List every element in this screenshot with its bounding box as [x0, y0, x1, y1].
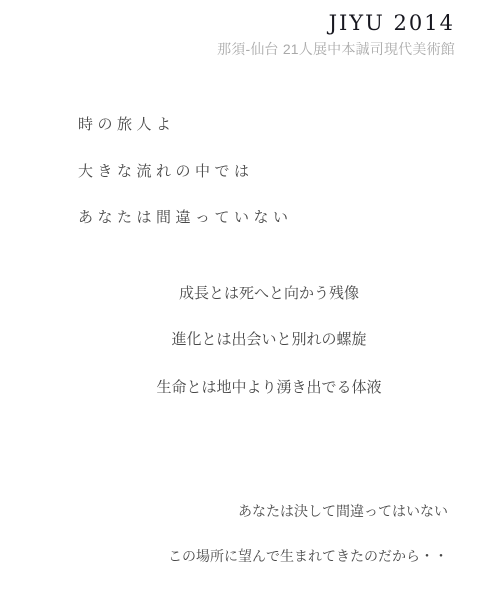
page: JIYU 2014 那須-仙台 21人展中本誠司現代美術館 時の旅人よ 大きな流…	[0, 0, 500, 600]
poem-line: 生命とは地中より湧き出でる体液	[39, 379, 499, 397]
header: JIYU 2014 那須-仙台 21人展中本誠司現代美術館	[217, 10, 455, 58]
poem-line: 成長とは死へと向かう残像	[39, 285, 499, 303]
exhibition-subtitle: 那須-仙台 21人展中本誠司現代美術館	[217, 41, 455, 58]
poem-line: 時の旅人よ	[78, 116, 176, 134]
poem-line: この場所に望んで生まれてきたのだから・・	[168, 550, 448, 567]
poem-line: 進化とは出会いと別れの螺旋	[39, 331, 499, 349]
poem-line: 大きな流れの中では	[78, 163, 254, 181]
poem-line: あなたは決して間違ってはいない	[238, 505, 448, 522]
page-title: JIYU 2014	[217, 10, 455, 36]
poem-line: あなたは間違っていない	[78, 209, 293, 227]
